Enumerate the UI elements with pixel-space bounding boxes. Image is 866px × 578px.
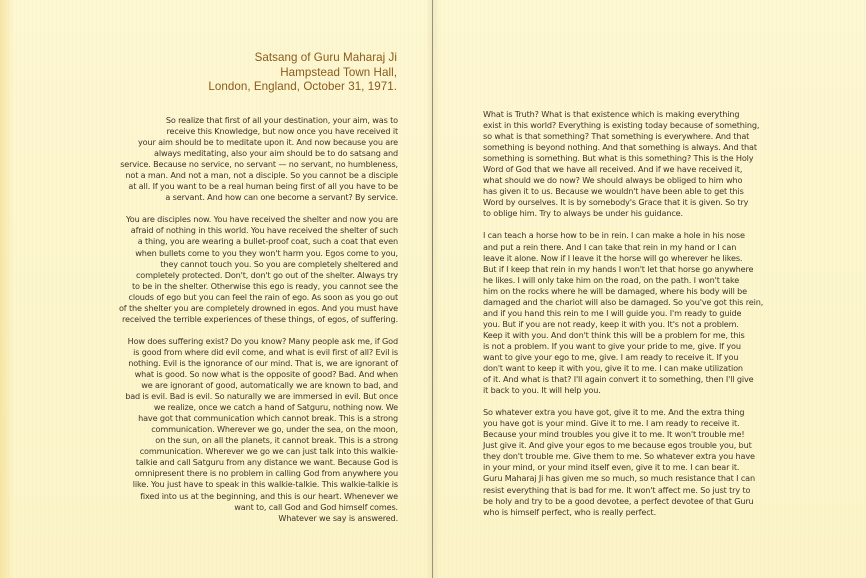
text-line: resist everything that is bad for me. It… [483,485,823,496]
paragraph: How does suffering exist? Do you know? M… [58,336,398,524]
text-line: who is himself perfect, who is really pe… [483,507,823,518]
text-line: and if you hand this rein to me I will g… [483,308,823,319]
text-line: always meditating, also your aim should … [58,148,398,159]
text-line: completely protected. Don't, don't go ou… [58,270,398,281]
text-line: talkie and call Satguru from any distanc… [58,457,398,468]
text-line: clouds of ego but you can feel the rain … [58,292,398,303]
text-line: Word by ourselves. It is by somebody's G… [483,197,823,208]
paragraph: What is Truth? What is that existence wh… [483,109,823,219]
paragraph: You are disciples now. You have received… [58,214,398,324]
text-line: they cannot touch you. So you are comple… [58,259,398,270]
text-line: communication. Wherever we go, under the… [58,424,398,435]
text-line: service. Because no service, no servant … [58,159,398,170]
text-line: we realize, once we catch a hand of Satg… [58,402,398,413]
text-line: something is beyond nothing. And that so… [483,142,823,153]
text-line: Because your mind troubles you give it t… [483,429,823,440]
text-line: bad is evil. Bad is evil. So naturally w… [58,391,398,402]
text-line: afraid of nothing in this world. You hav… [58,225,398,236]
text-line: fixed into us at the beginning, and this… [58,491,398,502]
text-line: You are disciples now. You have received… [58,214,398,225]
text-line: be holy and try to be a good devotee, a … [483,496,823,507]
text-line: something is something. But what is this… [483,153,823,164]
paragraph: So whatever extra you have got, give it … [483,407,823,517]
text-line: and put a rein there. And I can take tha… [483,242,823,253]
text-line: so what is that something? That somethin… [483,131,823,142]
text-line: your aim should be to meditate upon it. … [58,137,398,148]
text-line: communication. Wherever we go we can jus… [58,446,398,457]
text-line: want to give your ego to me, give. I am … [483,352,823,363]
text-line: what should we do now? We should always … [483,175,823,186]
text-line: we are ignorant of good, automatically w… [58,380,398,391]
text-line: a servant. And how can one become a serv… [58,192,398,203]
text-line: exist in this world? Everything is exist… [483,120,823,131]
text-line: have got that communication which cannot… [58,413,398,424]
text-line: But if I keep that rein in my hands I wo… [483,264,823,275]
text-line: not a man. And not a man, not a disciple… [58,170,398,181]
text-line: Keep it with you. And don't think this w… [483,330,823,341]
text-line: Word of God that we have all received. A… [483,164,823,175]
text-line: Just give it. And give your egos to me b… [483,440,823,451]
text-line: of the shelter you are completely drowne… [58,303,398,314]
text-line: it back to you. It will help you. [483,385,823,396]
left-page: Satsang of Guru Maharaj Ji Hampstead Tow… [0,0,432,578]
text-line: he likes. I will only take him on the ro… [483,275,823,286]
text-line: want to, call God and God himself comes. [58,502,398,513]
text-line: is good from where did evil come, and wh… [58,347,398,358]
text-line: at all. If you want to be a real human b… [58,181,398,192]
text-line: to be in the shelter. Otherwise this ego… [58,281,398,292]
text-line: on the sun, on all the planets, it canno… [58,435,398,446]
text-line: in your mind, or your mind itself even, … [483,462,823,473]
text-line: So realize that first of all your destin… [58,115,398,126]
text-line: what is good. So now what is the opposit… [58,369,398,380]
paragraph: So realize that first of all your destin… [58,115,398,203]
paragraph: I can teach a horse how to be in rein. I… [483,230,823,396]
satsang-heading: Satsang of Guru Maharaj Ji Hampstead Tow… [208,51,397,95]
text-line: like. You just have to speak in this wal… [58,479,398,490]
text-line: What is Truth? What is that existence wh… [483,109,823,120]
text-line: How does suffering exist? Do you know? M… [58,336,398,347]
text-line: to oblige him. Try to always be under hi… [483,208,823,219]
text-line: nothing. Evil is the ignorance of our mi… [58,358,398,369]
text-line: Guru Maharaj Ji has given me so much, so… [483,473,823,484]
text-line: him on the rocks where he will be damage… [483,286,823,297]
text-line: of it. And what is that? I'll again conv… [483,374,823,385]
text-line: damaged and the chariot will also be dam… [483,297,823,308]
text-line: receive this Knowledge, but now once you… [58,126,398,137]
text-line: I can teach a horse how to be in rein. I… [483,230,823,241]
text-line: Whatever we say is answered. [58,513,398,524]
heading-venue: Hampstead Town Hall, [208,66,397,81]
text-line: when bullets come to you they won't harm… [58,248,398,259]
text-line: has given it to us. Because we wouldn't … [483,186,823,197]
left-page-body: So realize that first of all your destin… [58,115,398,535]
booklet-spread: Satsang of Guru Maharaj Ji Hampstead Tow… [0,0,866,578]
text-line: omnipresent there is no problem in calli… [58,468,398,479]
text-line: you. But if you are not ready, keep it w… [483,319,823,330]
text-line: don't want to keep it with you, give it … [483,363,823,374]
text-line: leave it alone. Now if I leave it the ho… [483,253,823,264]
text-line: a thing, you are wearing a bullet-proof … [58,236,398,247]
heading-title: Satsang of Guru Maharaj Ji [208,51,397,66]
text-line: is not a problem. If you want to give yo… [483,341,823,352]
text-line: received the terrible experiences of the… [58,314,398,325]
right-page-body: What is Truth? What is that existence wh… [483,109,823,529]
right-page: What is Truth? What is that existence wh… [433,0,866,578]
text-line: they don't trouble me. Give them to me. … [483,451,823,462]
text-line: you have got is your mind. Give it to me… [483,418,823,429]
heading-place-date: London, England, October 31, 1971. [208,80,397,95]
text-line: So whatever extra you have got, give it … [483,407,823,418]
